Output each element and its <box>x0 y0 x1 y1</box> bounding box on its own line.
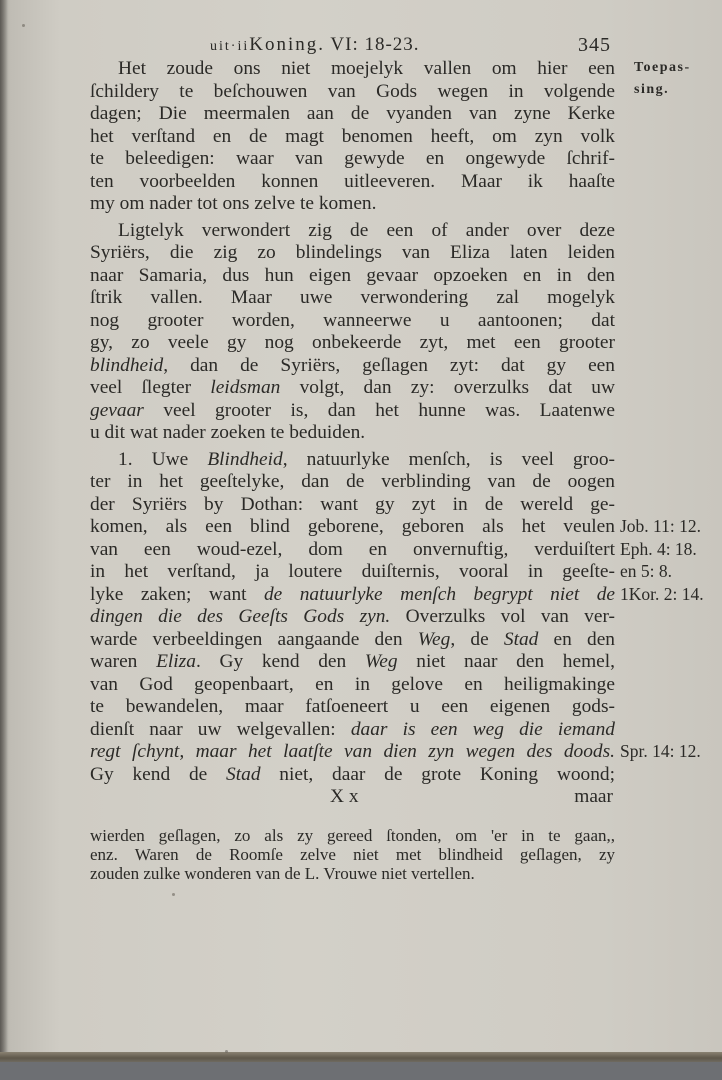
text-line: dienſt naar uw welgevallen: daar is een … <box>90 719 615 742</box>
italic-text: de natuurlyke menſch begrypt niet de <box>264 584 615 605</box>
scripture-reference: Job. 11: 12. <box>620 516 701 537</box>
text-run: my om nader tot ons zelve te komen. <box>90 193 376 214</box>
text-run: van een woud-ezel, dom en onvernuftig, v… <box>90 539 615 560</box>
text-line: naar Samaria, dus hun eigen gevaar opzoe… <box>90 265 615 288</box>
text-line: komen, als een blind geborene, geboren a… <box>90 516 615 539</box>
text-line: blindheid, dan de Syriërs, geſlagen zyt:… <box>90 355 615 378</box>
footnote-line: zouden zulke wonderen van de L. Vrouwe n… <box>90 864 615 883</box>
text-line: u dit wat nader zoeken te beduiden. <box>90 422 615 445</box>
text-run: Overzulks vol van ver- <box>390 606 615 627</box>
italic-text: Stad <box>226 764 260 785</box>
paper-speck <box>225 1050 228 1053</box>
text-line: te beleedigen: waar van gewyde en ongewy… <box>90 148 615 171</box>
paper-speck <box>172 893 175 896</box>
running-head: uit·iiKoning. VI: 18-23. <box>210 34 420 56</box>
text-line: Het zoude ons niet moejelyk vallen om hi… <box>90 58 615 81</box>
running-head-book: Koning. <box>249 34 325 55</box>
italic-text: regt ſchynt, maar het laatſte van dien z… <box>90 741 615 762</box>
text-line: van een woud-ezel, dom en onvernuftig, v… <box>90 539 615 562</box>
text-line: ter in het geeſtelyke, dan de verblindin… <box>90 471 615 494</box>
text-run: van God geopenbaart, en in gelove en hei… <box>90 674 615 695</box>
italic-text: gevaar <box>90 400 144 421</box>
text-line: Syriërs, die zig zo blindelings van Eliz… <box>90 242 615 265</box>
text-run: veel ſlegter <box>90 377 210 398</box>
text-line: van God geopenbaart, en in gelove en hei… <box>90 674 615 697</box>
text-run: der Syriërs by Dothan: want gy zyt in de… <box>90 494 615 515</box>
text-run: u dit wat nader zoeken te beduiden. <box>90 422 365 443</box>
text-run: ter in het geeſtelyke, dan de verblindin… <box>90 471 615 492</box>
italic-text: leidsman <box>210 377 280 398</box>
text-run: , dan de Syriërs, geſlagen zyt: dat gy e… <box>163 355 615 376</box>
text-line: het verſtand en de magt benomen heeft, o… <box>90 126 615 149</box>
italic-text: Weg <box>365 651 398 672</box>
text-run: komen, als een blind geborene, geboren a… <box>90 516 615 537</box>
text-line: regt ſchynt, maar het laatſte van dien z… <box>90 741 615 764</box>
italic-text: Blindheid <box>207 449 282 470</box>
text-run: Gy kend de <box>90 764 226 785</box>
text-line: ten voorbeelden konnen uitleeveren. Maar… <box>90 171 615 194</box>
text-run: Syriërs, die zig zo blindelings van Eliz… <box>90 242 615 263</box>
scripture-reference: 1Kor. 2: 14. <box>620 584 704 605</box>
text-line: veel ſlegter leidsman volgt, dan zy: ove… <box>90 377 615 400</box>
margin-heading-2: sing. <box>634 82 669 98</box>
text-line: Ligtelyk verwondert zig de een of ander … <box>90 220 615 243</box>
text-run: nog grooter worden, wanneerwe u aantoone… <box>90 310 615 331</box>
italic-text: Stad <box>504 629 538 650</box>
text-line: gy, zo veele gy nog onbekeerde zyt, met … <box>90 332 615 355</box>
text-run: in het verſtand, ja loutere duiſternis, … <box>90 561 615 582</box>
text-run: , natuurlyke menſch, is veel groo- <box>283 449 615 470</box>
italic-text: Eliza <box>156 651 196 672</box>
text-line: nog grooter worden, wanneerwe u aantoone… <box>90 310 615 333</box>
running-head-prefix: uit·ii <box>210 39 249 54</box>
text-run: veel grooter is, dan het hunne was. Laat… <box>144 400 615 421</box>
italic-text: dingen die des Geeſts Gods zyn. <box>90 606 390 627</box>
text-run: naar Samaria, dus hun eigen gevaar opzoe… <box>90 265 615 286</box>
text-line: warde verbeeldingen aangaande den Weg, d… <box>90 629 615 652</box>
margin-heading-1: Toepas- <box>634 60 691 76</box>
signature-mark: X x <box>330 786 359 809</box>
text-run: dagen; Die meermalen aan de vyanden van … <box>90 103 615 124</box>
text-run: ſchildery te beſchouwen van Gods wegen i… <box>90 81 615 102</box>
signature-line: X xmaar <box>90 786 615 809</box>
text-run: te beleedigen: waar van gewyde en ongewy… <box>90 148 615 169</box>
main-text: Het zoude ons niet moejelyk vallen om hi… <box>90 58 615 809</box>
background-surface <box>0 1062 722 1080</box>
text-run: dienſt naar uw welgevallen: <box>90 719 351 740</box>
gutter-shadow <box>0 0 8 1052</box>
text-line: 1. Uwe Blindheid, natuurlyke menſch, is … <box>90 449 615 472</box>
running-head-ref: VI: 18-23. <box>325 34 420 55</box>
text-run: . Gy kend den <box>196 651 365 672</box>
italic-text: Weg <box>418 629 451 650</box>
text-run: lyke zaken; want <box>90 584 264 605</box>
scripture-reference: Eph. 4: 18. <box>620 539 697 560</box>
text-run: , de <box>450 629 504 650</box>
footnote-line: enz. Waren de Roomſe zelve niet met blin… <box>90 845 615 864</box>
text-line: ſchildery te beſchouwen van Gods wegen i… <box>90 81 615 104</box>
text-line: Gy kend de Stad niet, daar de grote Koni… <box>90 764 615 787</box>
page-number: 345 <box>578 34 611 57</box>
text-run: gy, zo veele gy nog onbekeerde zyt, met … <box>90 332 615 353</box>
text-run: Het zoude ons niet moejelyk vallen om hi… <box>118 58 615 79</box>
text-line: te bewandelen, maar fatſoeneert u een ei… <box>90 696 615 719</box>
catchword: maar <box>574 786 613 809</box>
text-run: niet naar den hemel, <box>398 651 615 672</box>
text-run: ſtrik vallen. Maar uwe verwondering zal … <box>90 287 615 308</box>
text-line: waren Eliza. Gy kend den Weg niet naar d… <box>90 651 615 674</box>
italic-text: blindheid <box>90 355 163 376</box>
text-line: my om nader tot ons zelve te komen. <box>90 193 615 216</box>
text-run: niet, daar de grote Koning woond; <box>261 764 615 785</box>
text-line: gevaar veel grooter is, dan het hunne wa… <box>90 400 615 423</box>
paper-speck <box>22 24 25 27</box>
text-run: te bewandelen, maar fatſoeneert u een ei… <box>90 696 615 717</box>
text-run: en den <box>538 629 615 650</box>
text-run: 1. Uwe <box>118 449 207 470</box>
text-run: warde verbeeldingen aangaande den <box>90 629 418 650</box>
text-line: in het verſtand, ja loutere duiſternis, … <box>90 561 615 584</box>
text-run: waren <box>90 651 156 672</box>
scripture-reference: en 5: 8. <box>620 561 672 582</box>
page-header: uit·iiKoning. VI: 18-23. 345 <box>210 34 630 58</box>
text-line: dingen die des Geeſts Gods zyn. Overzulk… <box>90 606 615 629</box>
footnote: wierden geſlagen, zo als zy gereed ſtond… <box>90 826 615 883</box>
page-bottom-edge <box>0 1052 722 1062</box>
text-run: het verſtand en de magt benomen heeft, o… <box>90 126 615 147</box>
text-run: volgt, dan zy: overzulks dat uw <box>280 377 615 398</box>
text-line: dagen; Die meermalen aan de vyanden van … <box>90 103 615 126</box>
scripture-reference: Spr. 14: 12. <box>620 741 701 762</box>
footnote-line: wierden geſlagen, zo als zy gereed ſtond… <box>90 826 615 845</box>
text-run: ten voorbeelden konnen uitleeveren. Maar… <box>90 171 615 192</box>
italic-text: daar is een weg die iemand <box>351 719 615 740</box>
text-line: der Syriërs by Dothan: want gy zyt in de… <box>90 494 615 517</box>
text-line: lyke zaken; want de natuurlyke menſch be… <box>90 584 615 607</box>
text-run: Ligtelyk verwondert zig de een of ander … <box>118 220 615 241</box>
text-line: ſtrik vallen. Maar uwe verwondering zal … <box>90 287 615 310</box>
